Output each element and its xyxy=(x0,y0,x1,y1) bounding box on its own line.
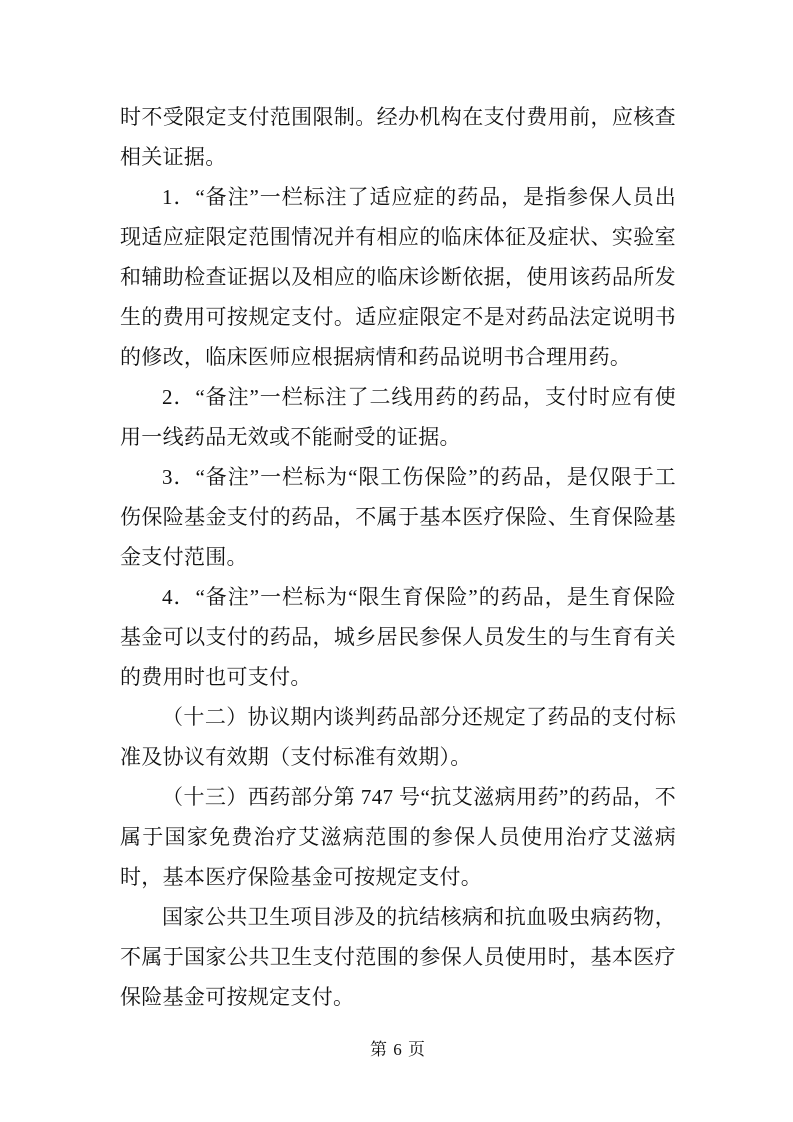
paragraph-section-13: （十三）西药部分第 747 号“抗艾滋病用药”的药品，不属于国家免费治疗艾滋病范… xyxy=(120,777,676,897)
document-page: 时不受限定支付范围限制。经办机构在支付费用前，应核查相关证据。 1．“备注”一栏… xyxy=(0,0,793,1122)
paragraph-item-2: 2．“备注”一栏标注了二线用药的药品，支付时应有使用一线药品无效或不能耐受的证据… xyxy=(120,377,676,457)
paragraph-continuation: 时不受限定支付范围限制。经办机构在支付费用前，应核查相关证据。 xyxy=(120,97,676,177)
paragraph-item-4: 4．“备注”一栏标为“限生育保险”的药品，是生育保险基金可以支付的药品，城乡居民… xyxy=(120,577,676,697)
paragraph-section-12: （十二）协议期内谈判药品部分还规定了药品的支付标准及协议有效期（支付标准有效期）… xyxy=(120,697,676,777)
page-number: 第 6 页 xyxy=(120,1040,676,1060)
paragraph-public-health: 国家公共卫生项目涉及的抗结核病和抗血吸虫病药物，不属于国家公共卫生支付范围的参保… xyxy=(120,897,676,1017)
paragraph-item-3: 3．“备注”一栏标为“限工伤保险”的药品，是仅限于工伤保险基金支付的药品，不属于… xyxy=(120,457,676,577)
paragraph-item-1: 1．“备注”一栏标注了适应症的药品，是指参保人员出现适应症限定范围情况并有相应的… xyxy=(120,177,676,377)
document-body: 时不受限定支付范围限制。经办机构在支付费用前，应核查相关证据。 1．“备注”一栏… xyxy=(120,97,676,1017)
